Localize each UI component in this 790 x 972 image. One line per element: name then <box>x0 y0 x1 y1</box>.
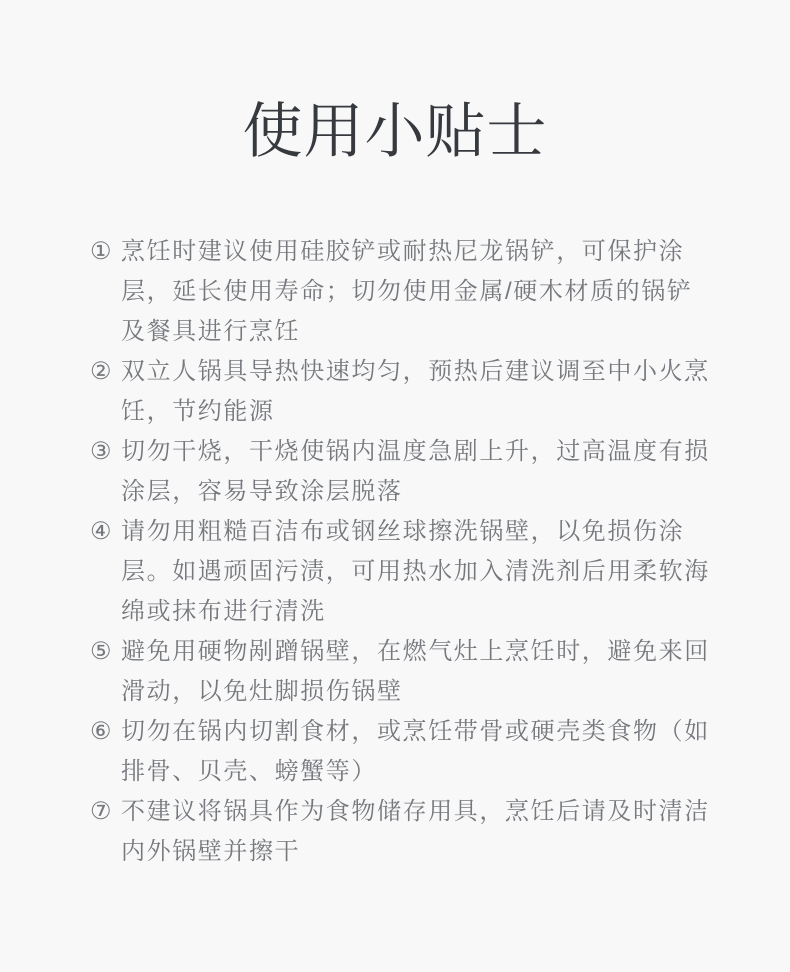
tip-item: ④ 请勿用粗糙百洁布或钢丝球擦洗锅壁，以免损伤涂层。如遇顽固污渍，可用热水加入清… <box>90 512 715 632</box>
tip-text: 切勿在锅内切割食材，或烹饪带骨或硬壳类食物（如排骨、贝壳、螃蟹等） <box>121 712 715 792</box>
tip-text: 切勿干烧，干烧使锅内温度急剧上升，过高温度有损涂层，容易导致涂层脱落 <box>121 432 715 512</box>
tip-number: ④ <box>90 512 121 552</box>
tips-list: ① 烹饪时建议使用硅胶铲或耐热尼龙锅铲，可保护涂层，延长使用寿命；切勿使用金属/… <box>90 232 715 872</box>
tip-number: ③ <box>90 432 121 472</box>
tip-number: ⑦ <box>90 792 121 832</box>
tip-text: 避免用硬物剐蹭锅壁，在燃气灶上烹饪时，避免来回滑动，以免灶脚损伤锅壁 <box>121 632 715 712</box>
usage-tips-page: 使用小贴士 ① 烹饪时建议使用硅胶铲或耐热尼龙锅铲，可保护涂层，延长使用寿命；切… <box>0 0 790 972</box>
tip-number: ⑤ <box>90 632 121 672</box>
tip-item: ⑥ 切勿在锅内切割食材，或烹饪带骨或硬壳类食物（如排骨、贝壳、螃蟹等） <box>90 712 715 792</box>
tip-item: ⑦ 不建议将锅具作为食物储存用具，烹饪后请及时清洁内外锅壁并擦干 <box>90 792 715 872</box>
tip-item: ③ 切勿干烧，干烧使锅内温度急剧上升，过高温度有损涂层，容易导致涂层脱落 <box>90 432 715 512</box>
tip-text: 请勿用粗糙百洁布或钢丝球擦洗锅壁，以免损伤涂层。如遇顽固污渍，可用热水加入清洗剂… <box>121 512 715 632</box>
tip-text: 双立人锅具导热快速均匀，预热后建议调至中小火烹饪，节约能源 <box>121 352 715 432</box>
tip-text: 烹饪时建议使用硅胶铲或耐热尼龙锅铲，可保护涂层，延长使用寿命；切勿使用金属/硬木… <box>121 232 715 352</box>
page-title: 使用小贴士 <box>0 0 790 162</box>
tip-item: ② 双立人锅具导热快速均匀，预热后建议调至中小火烹饪，节约能源 <box>90 352 715 432</box>
tip-number: ② <box>90 352 121 392</box>
tip-item: ⑤ 避免用硬物剐蹭锅壁，在燃气灶上烹饪时，避免来回滑动，以免灶脚损伤锅壁 <box>90 632 715 712</box>
tip-number: ① <box>90 232 121 272</box>
tip-number: ⑥ <box>90 712 121 752</box>
tip-item: ① 烹饪时建议使用硅胶铲或耐热尼龙锅铲，可保护涂层，延长使用寿命；切勿使用金属/… <box>90 232 715 352</box>
tip-text: 不建议将锅具作为食物储存用具，烹饪后请及时清洁内外锅壁并擦干 <box>121 792 715 872</box>
